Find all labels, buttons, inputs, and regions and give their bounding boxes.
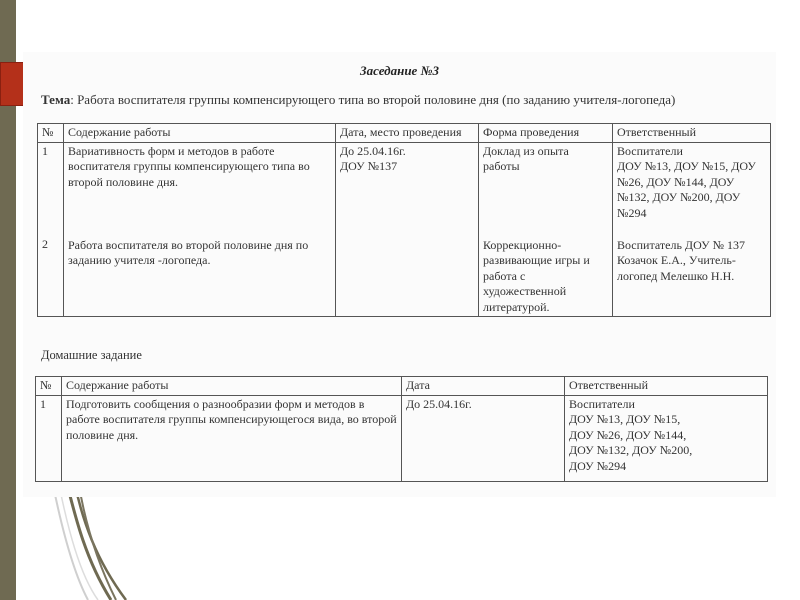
meeting-table: № Содержание работы Дата, место проведен… — [37, 123, 771, 317]
homework-table: № Содержание работы Дата Ответственный 1… — [35, 376, 768, 482]
header-cell: Форма проведения — [479, 124, 613, 143]
responsible-cell: Воспитатели ДОУ №13, ДОУ №15, ДОУ №26, Д… — [565, 395, 768, 481]
table-row: 1 Подготовить сообщения о разнообразии ф… — [36, 395, 768, 481]
homework-label: Домашние задание — [41, 348, 142, 363]
topic-label: Тема — [41, 92, 70, 107]
date-cell: До 25.04.16г. ДОУ №137 — [336, 142, 479, 317]
form-cell: Доклад из опыта работы Коррекционно-разв… — [479, 142, 613, 317]
row-number-cell: 1 — [36, 395, 62, 481]
table-header-row: № Содержание работы Дата Ответственный — [36, 377, 768, 396]
header-cell: Ответственный — [565, 377, 768, 396]
content-cell: Вариативность форм и методов в работе во… — [64, 142, 336, 317]
table-header-row: № Содержание работы Дата, место проведен… — [38, 124, 771, 143]
document-topic: Тема: Работа воспитателя группы компенси… — [41, 92, 675, 108]
header-cell: № — [36, 377, 62, 396]
decorative-curves — [16, 480, 216, 600]
header-cell: Содержание работы — [62, 377, 402, 396]
document-title: Заседание №3 — [23, 63, 776, 79]
date-cell: До 25.04.16г. — [402, 395, 565, 481]
scanned-document: Заседание №3 Тема: Работа воспитателя гр… — [23, 52, 776, 497]
topic-text: : Работа воспитателя группы компенсирующ… — [70, 92, 675, 107]
content-cell: Подготовить сообщения о разнообразии фор… — [62, 395, 402, 481]
header-cell: Ответственный — [613, 124, 771, 143]
row-number-cell: 1 2 — [38, 142, 64, 317]
slide-accent-block — [0, 62, 24, 106]
header-cell: Содержание работы — [64, 124, 336, 143]
header-cell: № — [38, 124, 64, 143]
header-cell: Дата, место проведения — [336, 124, 479, 143]
table-row: 1 2 Вариативность форм и методов в работ… — [38, 142, 771, 317]
header-cell: Дата — [402, 377, 565, 396]
responsible-cell: Воспитатели ДОУ №13, ДОУ №15, ДОУ №26, Д… — [613, 142, 771, 317]
